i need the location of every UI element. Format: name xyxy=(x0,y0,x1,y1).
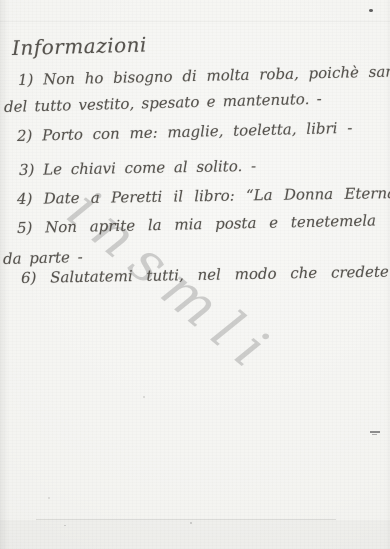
letter-line-item5-cont: da parte - xyxy=(3,248,83,270)
letter-line-item3: 3) Le chiavi come al solito. - xyxy=(19,157,256,181)
edge-dash-artifact-small xyxy=(372,434,377,435)
edge-dash-artifact xyxy=(370,431,380,433)
letter-line-item1-cont: del tutto vestito, spesato e mantenuto. … xyxy=(4,90,322,118)
paper-speck xyxy=(48,497,50,499)
letter-line-item2: 2) Porto con me: maglie, toeletta, libri… xyxy=(17,119,353,147)
paper-speck xyxy=(64,525,66,526)
paper-speck xyxy=(190,522,192,524)
letter-line-item1: 1) Non ho bisogno di molta roba, poichè … xyxy=(18,62,390,90)
paper-crease-line xyxy=(0,21,390,22)
ink-dot-artifact xyxy=(369,9,373,12)
scan-left-edge-shadow xyxy=(0,0,9,549)
scanner-background-strip xyxy=(0,520,390,549)
letter-line-item4: 4) Date a Peretti il libro: “La Donna Et… xyxy=(17,184,390,210)
paper-speck xyxy=(143,396,145,398)
letter-title: Informazioni xyxy=(12,31,148,61)
scanned-letter-page: insmli Informazioni 1) Non ho bisogno di… xyxy=(0,0,390,549)
